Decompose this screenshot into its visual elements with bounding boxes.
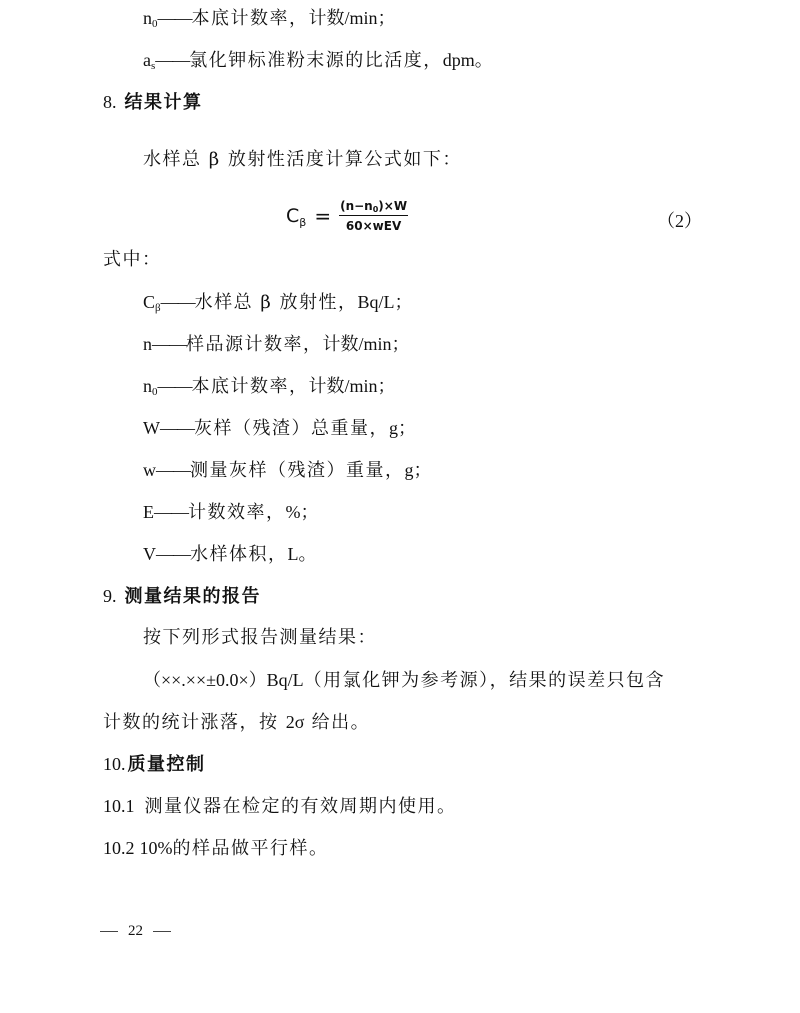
symbol: w — [143, 460, 156, 480]
definition-unit: 计数/min； — [309, 376, 396, 396]
formula-lhs: Cβ — [286, 205, 306, 227]
symbol: C — [143, 292, 155, 312]
formula-2: Cβ = (n−n0)×W 60×wEV — [286, 199, 408, 233]
item-number: 10.1 — [103, 796, 135, 816]
symbol: n — [143, 8, 152, 28]
section-title: 质量控制 — [128, 754, 206, 775]
definition-text: 水样体积， — [190, 544, 288, 565]
definition-as: as——氯化钾标准粉末源的比活度，dpm。 — [143, 48, 493, 73]
definition-text: 本底计数率， — [192, 376, 309, 397]
definition-text: 样品源计数率， — [186, 334, 323, 355]
definition-unit: g； — [389, 418, 416, 438]
report-format-line-1: （××.××±0.0×）Bq/L（用氯化钾为参考源），结果的误差只包含 — [143, 668, 665, 693]
definition-c-beta: Cβ——水样总 β 放射性，Bq/L； — [143, 290, 413, 315]
formula-intro: 水样总 β 放射性活度计算公式如下： — [143, 148, 462, 172]
section-9-heading: 9.测量结果的报告 — [103, 584, 261, 609]
equals-sign: = — [314, 204, 331, 228]
em-dash: —— — [161, 292, 195, 312]
em-dash: —— — [158, 8, 192, 28]
numerator-post: )×W — [378, 199, 407, 213]
definition-n0: n0——本底计数率，计数/min； — [143, 374, 396, 399]
report-intro: 按下列形式报告测量结果： — [143, 626, 377, 650]
report-format-value: （××.××±0.0×）Bq/L — [143, 670, 304, 690]
symbol: n — [143, 334, 152, 354]
footer-dash-left — [100, 931, 118, 932]
em-dash: —— — [152, 334, 186, 354]
section-10-heading: 10.质量控制 — [103, 752, 206, 777]
definition-unit: %； — [286, 502, 319, 522]
definition-w: w——测量灰样（残渣）重量，g； — [143, 458, 432, 483]
report-text-b: 给出。 — [304, 712, 370, 733]
definition-text: 测量灰样（残渣）重量， — [190, 460, 405, 481]
symbol: a — [143, 50, 151, 70]
em-dash: —— — [156, 460, 190, 480]
definition-n0-top: n0——本底计数率，计数/min； — [143, 6, 396, 31]
qc-item-10-1: 10.1测量仪器在检定的有效周期内使用。 — [103, 794, 457, 819]
definition-E: E——计数效率，%； — [143, 500, 319, 525]
definition-W: W——灰样（残渣）总重量，g； — [143, 416, 416, 441]
where-label: 式中： — [103, 248, 162, 272]
symbol: E — [143, 502, 154, 522]
em-dash: —— — [156, 544, 190, 564]
definition-text: 本底计数率， — [192, 8, 309, 29]
qc-item-10-2: 10.210%的样品做平行样。 — [103, 836, 329, 861]
em-dash: —— — [160, 418, 194, 438]
definition-text: 氯化钾标准粉末源的比活度， — [189, 50, 443, 71]
lhs-symbol: C — [286, 205, 299, 227]
section-number: 8. — [103, 92, 117, 112]
definition-unit: 计数/min； — [309, 8, 396, 28]
item-number: 10.2 — [103, 838, 135, 858]
definition-unit: 计数/min； — [323, 334, 410, 354]
section-title: 测量结果的报告 — [125, 586, 262, 607]
report-sigma: 2σ — [286, 712, 305, 732]
equation-number: （2） — [657, 207, 702, 233]
report-format-line-2: 计数的统计涨落，按 2σ 给出。 — [103, 710, 370, 735]
symbol: W — [143, 418, 160, 438]
page-number: 22 — [128, 923, 143, 940]
em-dash: —— — [155, 50, 189, 70]
definition-text: 水样总 β 放射性， — [195, 292, 358, 313]
fraction: (n−n0)×W 60×wEV — [339, 199, 408, 233]
em-dash: —— — [154, 502, 188, 522]
item-percent: 10% — [140, 838, 173, 858]
definition-V: V——水样体积，L。 — [143, 542, 317, 567]
section-title: 结果计算 — [125, 92, 203, 113]
report-format-text: （用氯化钾为参考源），结果的误差只包含 — [304, 670, 666, 691]
footer-dash-right — [153, 931, 171, 932]
denominator: 60×wEV — [346, 216, 401, 233]
section-number: 10. — [103, 754, 126, 774]
em-dash: —— — [158, 376, 192, 396]
definition-unit: Bq/L； — [357, 292, 412, 312]
definition-text: 计数效率， — [188, 502, 286, 523]
definition-unit: g； — [405, 460, 432, 480]
definition-unit: dpm。 — [443, 50, 493, 70]
section-8-heading: 8.结果计算 — [103, 90, 203, 115]
definition-text: 灰样（残渣）总重量， — [194, 418, 389, 439]
definition-n: n——样品源计数率，计数/min； — [143, 332, 410, 357]
symbol: n — [143, 376, 152, 396]
definition-unit: L。 — [288, 544, 317, 564]
item-text: 的样品做平行样。 — [173, 838, 329, 859]
lhs-subscript: β — [299, 216, 306, 229]
numerator-pre: (n−n — [340, 199, 373, 213]
symbol: V — [143, 544, 156, 564]
numerator: (n−n0)×W — [339, 199, 408, 216]
page-footer: 22 — [100, 923, 171, 940]
item-text: 测量仪器在检定的有效周期内使用。 — [145, 796, 457, 817]
section-number: 9. — [103, 586, 117, 606]
report-text-a: 计数的统计涨落，按 — [103, 712, 286, 733]
